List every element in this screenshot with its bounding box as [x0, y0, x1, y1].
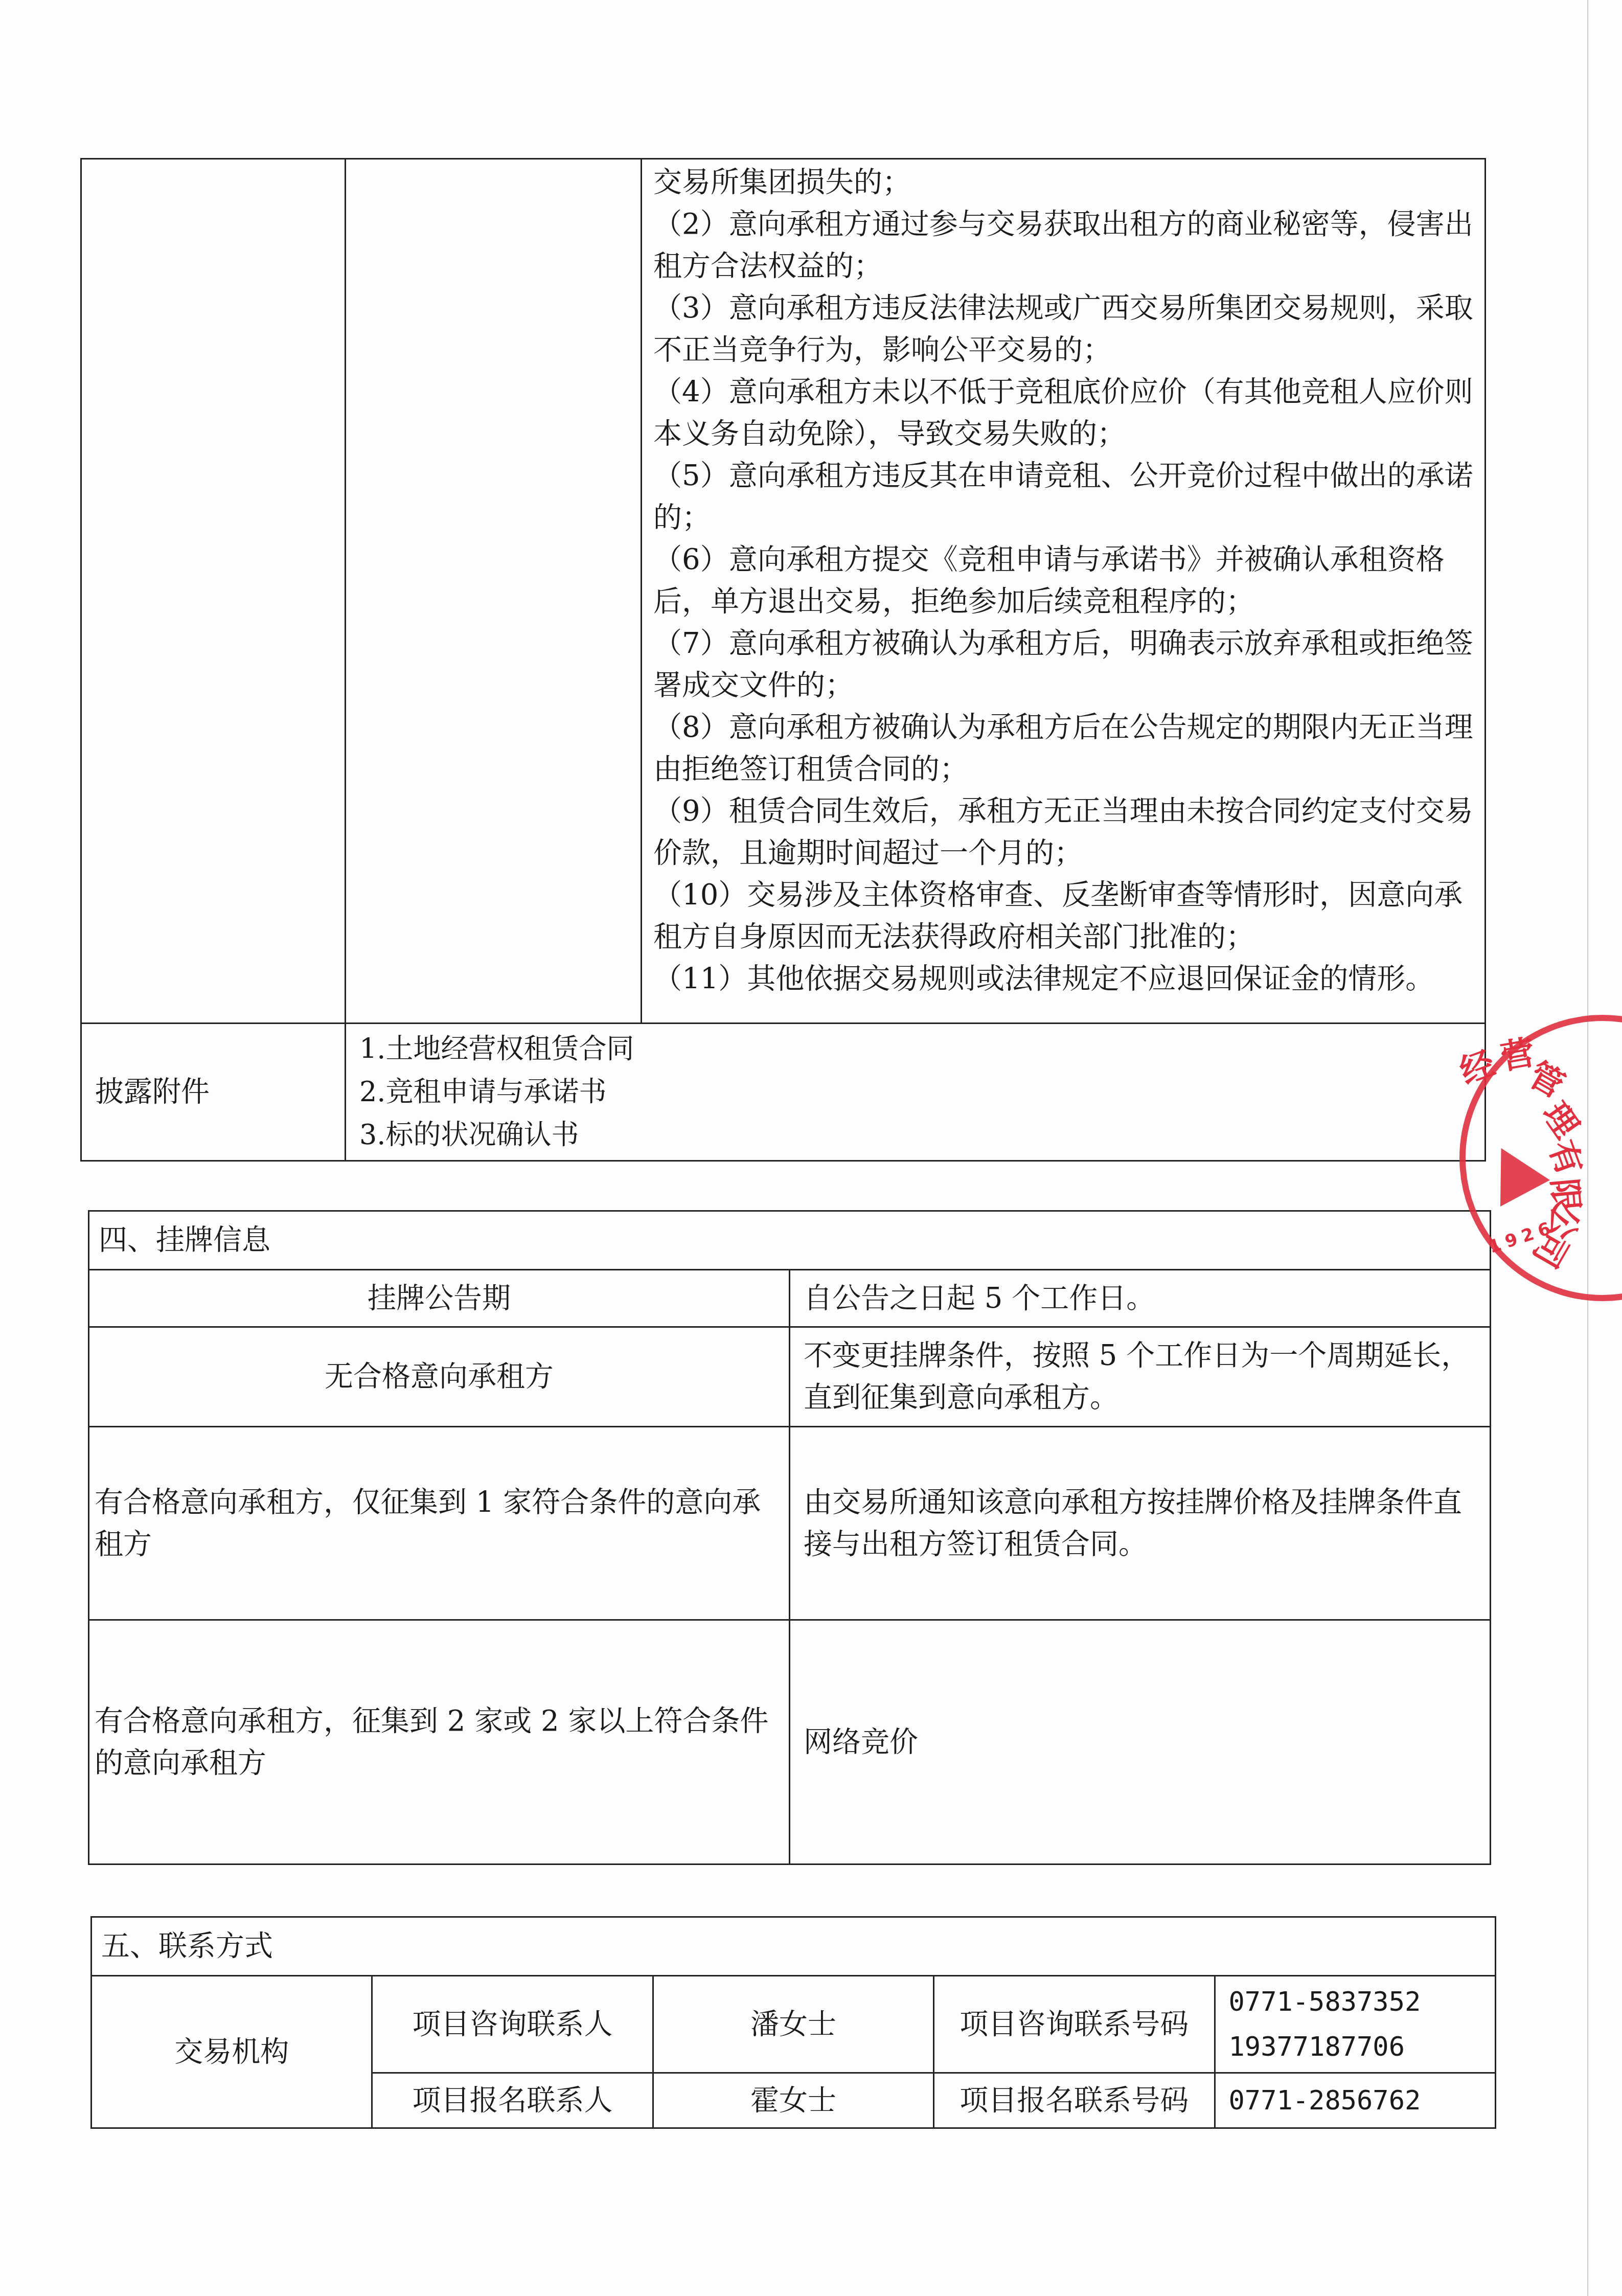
term-item: （6）意向承租方提交《竞租申请与承诺书》并被确认承租资格后，单方退出交易，拒绝参… — [653, 539, 1475, 623]
contact-table: 五、联系方式 交易机构 项目咨询联系人 潘女士 项目咨询联系号码 0771-58… — [90, 1916, 1496, 2129]
phone-label: 项目报名联系号码 — [934, 2073, 1215, 2128]
phone-label: 项目咨询联系号码 — [934, 1976, 1215, 2073]
row-label: 挂牌公告期 — [89, 1270, 790, 1327]
phone-number: 0771-2856762 — [1229, 2078, 1490, 2123]
contact-name: 潘女士 — [653, 1976, 933, 2073]
terms-list: 交易所集团损失的； （2）意向承租方通过参与交易获取出租方的商业秘密等，侵害出租… — [642, 159, 1486, 1024]
term-item: （7）意向承租方被确认为承租方后，明确表示放弃承租或拒绝签署成交文件的； — [653, 623, 1475, 707]
section-title: 四、挂牌信息 — [89, 1211, 1491, 1270]
section-title: 五、联系方式 — [92, 1917, 1496, 1976]
seal-number: 1926 — [1486, 1217, 1558, 1258]
seal-char: 营 — [1496, 1025, 1538, 1079]
section-header-row: 五、联系方式 — [92, 1917, 1496, 1976]
row-label: 无合格意向承租方 — [89, 1327, 790, 1427]
attachment-item: 3.标的状况确认书 — [359, 1113, 1475, 1156]
phone-number: 19377187706 — [1229, 2025, 1490, 2070]
page-edge-line — [1587, 0, 1588, 2296]
terms-row: 交易所集团损失的； （2）意向承租方通过参与交易获取出租方的商业秘密等，侵害出租… — [81, 159, 1486, 1024]
term-item: （9）租赁合同生效后，承租方无正当理由未按合同约定支付交易价款，且逾期时间超过一… — [653, 790, 1475, 874]
seal-char: 限 — [1543, 1176, 1594, 1214]
attachments-list: 1.土地经营权租赁合同 2.竞租申请与承诺书 3.标的状况确认书 — [346, 1024, 1486, 1161]
row-value: 不变更挂牌条件，按照 5 个工作日为一个周期延长，直到征集到意向承租方。 — [790, 1327, 1491, 1427]
listing-row: 有合格意向承租方，仅征集到 1 家符合条件的意向承租方 由交易所通知该意向承租方… — [89, 1427, 1491, 1620]
term-item: （4）意向承租方未以不低于竞租底价应价（有其他竞租人应价则本义务自动免除），导致… — [653, 371, 1475, 455]
seal-star-icon — [1476, 1135, 1550, 1207]
terms-sublabel-cell — [346, 159, 642, 1024]
contact-role: 项目报名联系人 — [372, 2073, 653, 2128]
attachments-row: 披露附件 1.土地经营权租赁合同 2.竞租申请与承诺书 3.标的状况确认书 — [81, 1024, 1486, 1161]
org-label: 交易机构 — [92, 1976, 372, 2128]
term-item: （2）意向承租方通过参与交易获取出租方的商业秘密等，侵害出租方合法权益的； — [653, 203, 1475, 287]
row-value: 由交易所通知该意向承租方按挂牌价格及挂牌条件直接与出租方签订租赁合同。 — [790, 1427, 1491, 1620]
listing-row: 有合格意向承租方，征集到 2 家或 2 家以上符合条件的意向承租方 网络竞价 — [89, 1620, 1491, 1865]
contact-role: 项目咨询联系人 — [372, 1976, 653, 2073]
seal-char: 有 — [1540, 1132, 1597, 1181]
seal-char: 理 — [1534, 1090, 1593, 1146]
phone-number: 0771-5837352 — [1229, 1980, 1490, 2025]
attachment-item: 1.土地经营权租赁合同 — [359, 1028, 1475, 1071]
term-item: （11）其他依据交易规则或法律规定不应退回保证金的情形。 — [653, 958, 1475, 1000]
row-value: 网络竞价 — [790, 1620, 1491, 1865]
listing-info-table: 四、挂牌信息 挂牌公告期 自公告之日起 5 个工作日。 无合格意向承租方 不变更… — [88, 1210, 1491, 1865]
phone-numbers: 0771-2856762 — [1215, 2073, 1495, 2128]
listing-row: 无合格意向承租方 不变更挂牌条件，按照 5 个工作日为一个周期延长，直到征集到意… — [89, 1327, 1491, 1427]
term-item: （3）意向承租方违反法律法规或广西交易所集团交易规则，采取不正当竞争行为，影响公… — [653, 287, 1475, 371]
attachments-label: 披露附件 — [81, 1024, 346, 1161]
section-header-row: 四、挂牌信息 — [89, 1211, 1491, 1270]
row-value: 自公告之日起 5 个工作日。 — [790, 1270, 1491, 1327]
terms-label-cell — [81, 159, 346, 1024]
contact-row: 交易机构 项目咨询联系人 潘女士 项目咨询联系号码 0771-5837352 1… — [92, 1976, 1496, 2073]
phone-numbers: 0771-5837352 19377187706 — [1215, 1976, 1495, 2073]
terms-table: 交易所集团损失的； （2）意向承租方通过参与交易获取出租方的商业秘密等，侵害出租… — [80, 158, 1486, 1162]
seal-char: 管 — [1521, 1048, 1575, 1107]
attachment-item: 2.竞租申请与承诺书 — [359, 1071, 1475, 1113]
row-label: 有合格意向承租方，征集到 2 家或 2 家以上符合条件的意向承租方 — [89, 1620, 790, 1865]
term-item: （10）交易涉及主体资格审查、反垄断审查等情形时，因意向承租方自身原因而无法获得… — [653, 874, 1475, 958]
contact-name: 霍女士 — [653, 2073, 933, 2128]
term-item: （5）意向承租方违反其在申请竞租、公开竞价过程中做出的承诺的； — [653, 455, 1475, 539]
term-item: （8）意向承租方被确认为承租方后在公告规定的期限内无正当理由拒绝签订租赁合同的； — [653, 707, 1475, 790]
listing-row: 挂牌公告期 自公告之日起 5 个工作日。 — [89, 1270, 1491, 1327]
term-item: 交易所集团损失的； — [653, 162, 1475, 203]
row-label: 有合格意向承租方，仅征集到 1 家符合条件的意向承租方 — [89, 1427, 790, 1620]
